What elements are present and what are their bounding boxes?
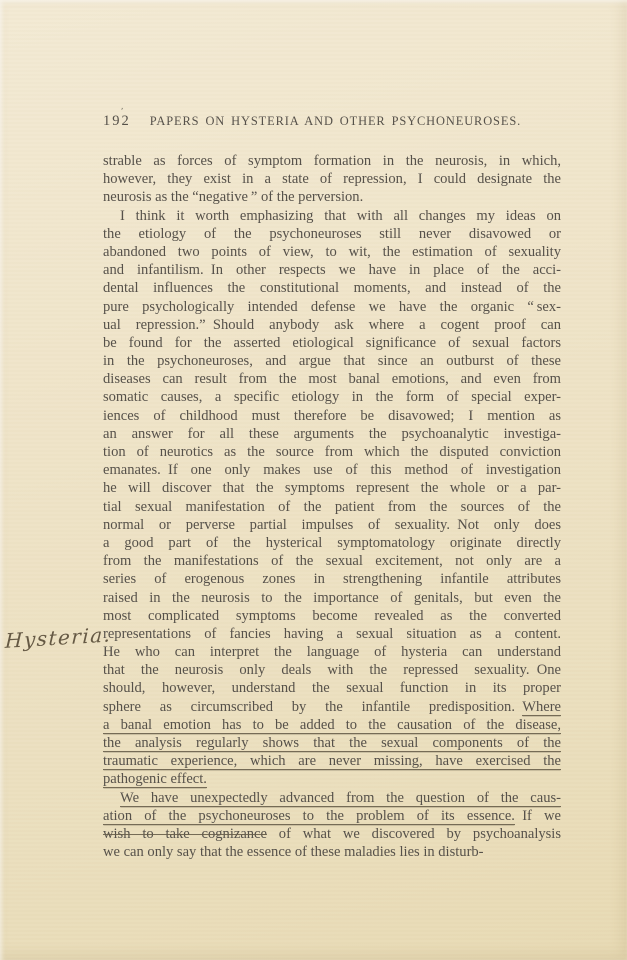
text-line: representations of fancies having a sexu… — [103, 625, 561, 643]
text-line: wish to take cognizance of what we disco… — [103, 825, 561, 843]
text-segment: raised in the neurosis to the importance… — [103, 590, 561, 606]
underlined-text: Where — [522, 699, 561, 716]
text-segment: most complicated symptoms become reveale… — [103, 608, 561, 624]
text-line: be found for the asserted etiological si… — [103, 334, 561, 352]
text-segment: iences of childhood must therefore be di… — [103, 408, 561, 424]
text-segment: series of erogenous zones in strengtheni… — [103, 571, 561, 587]
text-line: diseases can result from the most banal … — [103, 370, 561, 388]
underlined-text: pathogenic effect. — [103, 771, 207, 788]
text-segment: of what we discovered by psychoanalysis — [267, 826, 561, 842]
text-line: a banal emotion has to be added to the c… — [103, 716, 561, 734]
text-segment: however, they exist in a state of repres… — [103, 171, 561, 187]
text-line: we can only say that the essence of thes… — [103, 843, 561, 861]
text-line: emanates. If one only makes use of this … — [103, 461, 561, 479]
text-line: normal or perverse partial impulses of s… — [103, 516, 561, 534]
handwritten-margin-note: Hysteria. — [5, 623, 101, 653]
text-line: neurosis as the “negative ” of the perve… — [103, 188, 561, 206]
text-segment: dental influences the constitutional mom… — [103, 280, 561, 296]
text-segment: If we — [515, 808, 561, 824]
text-segment: a good part of the hysterical symptomato… — [103, 535, 561, 551]
book-page: 192ʼ PAPERS ON HYSTERIA AND OTHER PSYCHO… — [0, 0, 627, 960]
text-segment: he will discover that the symptoms repre… — [103, 480, 561, 496]
text-line: from the manifestations of the sexual ex… — [103, 552, 561, 570]
text-line: however, they exist in a state of repres… — [103, 170, 561, 188]
text-segment: abandoned two points of view, to wit, th… — [103, 244, 561, 260]
text-line: that the neurosis only deals with the re… — [103, 661, 561, 679]
text-line: strable as forces of symptom formation i… — [103, 152, 561, 170]
text-line: tion of neurotics as the source from whi… — [103, 443, 561, 461]
text-line: He who can interpret the language of hys… — [103, 643, 561, 661]
text-line: the etiology of the psychoneuroses still… — [103, 225, 561, 243]
text-segment: tial sexual manifestation of the patient… — [103, 499, 561, 515]
underlined-text: a banal emotion has to be added to the c… — [103, 717, 561, 734]
text-line: a good part of the hysterical symptomato… — [103, 534, 561, 552]
text-segment: pure psychologically intended defense we… — [103, 299, 561, 315]
text-segment: in the psychoneuroses, and argue that si… — [103, 353, 561, 369]
text-segment: He who can interpret the language of hys… — [103, 644, 561, 660]
text-line: ation of the psychoneuroses to the probl… — [103, 807, 561, 825]
running-head-title: PAPERS ON HYSTERIA AND OTHER PSYCHONEURO… — [150, 114, 521, 129]
text-segment: sphere as circumscribed by the infantile… — [103, 699, 522, 715]
text-line: the analysis regularly shows that the se… — [103, 734, 561, 752]
text-line: raised in the neurosis to the importance… — [103, 589, 561, 607]
text-segment: should, however, understand the sexual f… — [103, 680, 561, 696]
text-line: dental influences the constitutional mom… — [103, 279, 561, 297]
text-line: ual repression.” Should anybody ask wher… — [103, 316, 561, 334]
text-line: series of erogenous zones in strengtheni… — [103, 570, 561, 588]
text-segment: the etiology of the psychoneuroses still… — [103, 226, 561, 242]
text-line: and infantilism. In other respects we ha… — [103, 261, 561, 279]
text-block: strable as forces of symptom formation i… — [103, 152, 561, 861]
text-line: in the psychoneuroses, and argue that si… — [103, 352, 561, 370]
text-line: tial sexual manifestation of the patient… — [103, 498, 561, 516]
page-number: 192ʼ — [103, 113, 131, 130]
underlined-text: the analysis regularly shows that the se… — [103, 735, 561, 752]
text-segment: normal or perverse partial impulses of s… — [103, 517, 561, 533]
text-line: pure psychologically intended defense we… — [103, 298, 561, 316]
underlined-text: We have unexpectedly advanced from the q… — [120, 790, 561, 807]
text-line: I think it worth emphasizing that with a… — [103, 207, 561, 225]
text-line: sphere as circumscribed by the infantile… — [103, 698, 561, 716]
text-line: an answer for all these arguments the ps… — [103, 425, 561, 443]
text-segment: we can only say that the essence of thes… — [103, 844, 484, 860]
text-line: abandoned two points of view, to wit, th… — [103, 243, 561, 261]
text-segment: and infantilism. In other respects we ha… — [103, 262, 561, 278]
text-segment: strable as forces of symptom formation i… — [103, 153, 561, 169]
text-segment: I think it worth emphasizing that with a… — [120, 208, 561, 224]
running-head: 192ʼ PAPERS ON HYSTERIA AND OTHER PSYCHO… — [103, 113, 565, 130]
struck-text: wish to take cognizance — [103, 826, 267, 842]
text-line: he will discover that the symptoms repre… — [103, 479, 561, 497]
text-line: most complicated symptoms become reveale… — [103, 607, 561, 625]
text-segment: emanates. If one only makes use of this … — [103, 462, 561, 478]
text-segment: somatic causes, a specific etiology in t… — [103, 389, 561, 405]
underlined-text: ation of the psychoneuroses to the probl… — [103, 808, 515, 825]
text-line: We have unexpectedly advanced from the q… — [103, 789, 561, 807]
text-line: somatic causes, a specific etiology in t… — [103, 388, 561, 406]
text-line: traumatic experience, which are never mi… — [103, 752, 561, 770]
text-line: should, however, understand the sexual f… — [103, 679, 561, 697]
text-segment: from the manifestations of the sexual ex… — [103, 553, 561, 569]
text-segment: neurosis as the “negative ” of the perve… — [103, 189, 363, 205]
text-segment: tion of neurotics as the source from whi… — [103, 444, 561, 460]
text-segment: be found for the asserted etiological si… — [103, 335, 561, 351]
text-segment: an answer for all these arguments the ps… — [103, 426, 561, 442]
text-segment: representations of fancies having a sexu… — [103, 626, 561, 642]
text-segment: ual repression.” Should anybody ask wher… — [103, 317, 561, 333]
text-segment: that the neurosis only deals with the re… — [103, 662, 561, 678]
text-line: iences of childhood must therefore be di… — [103, 407, 561, 425]
underlined-text: traumatic experience, which are never mi… — [103, 753, 561, 770]
text-line: pathogenic effect. — [103, 770, 561, 788]
text-segment: diseases can result from the most banal … — [103, 371, 561, 387]
